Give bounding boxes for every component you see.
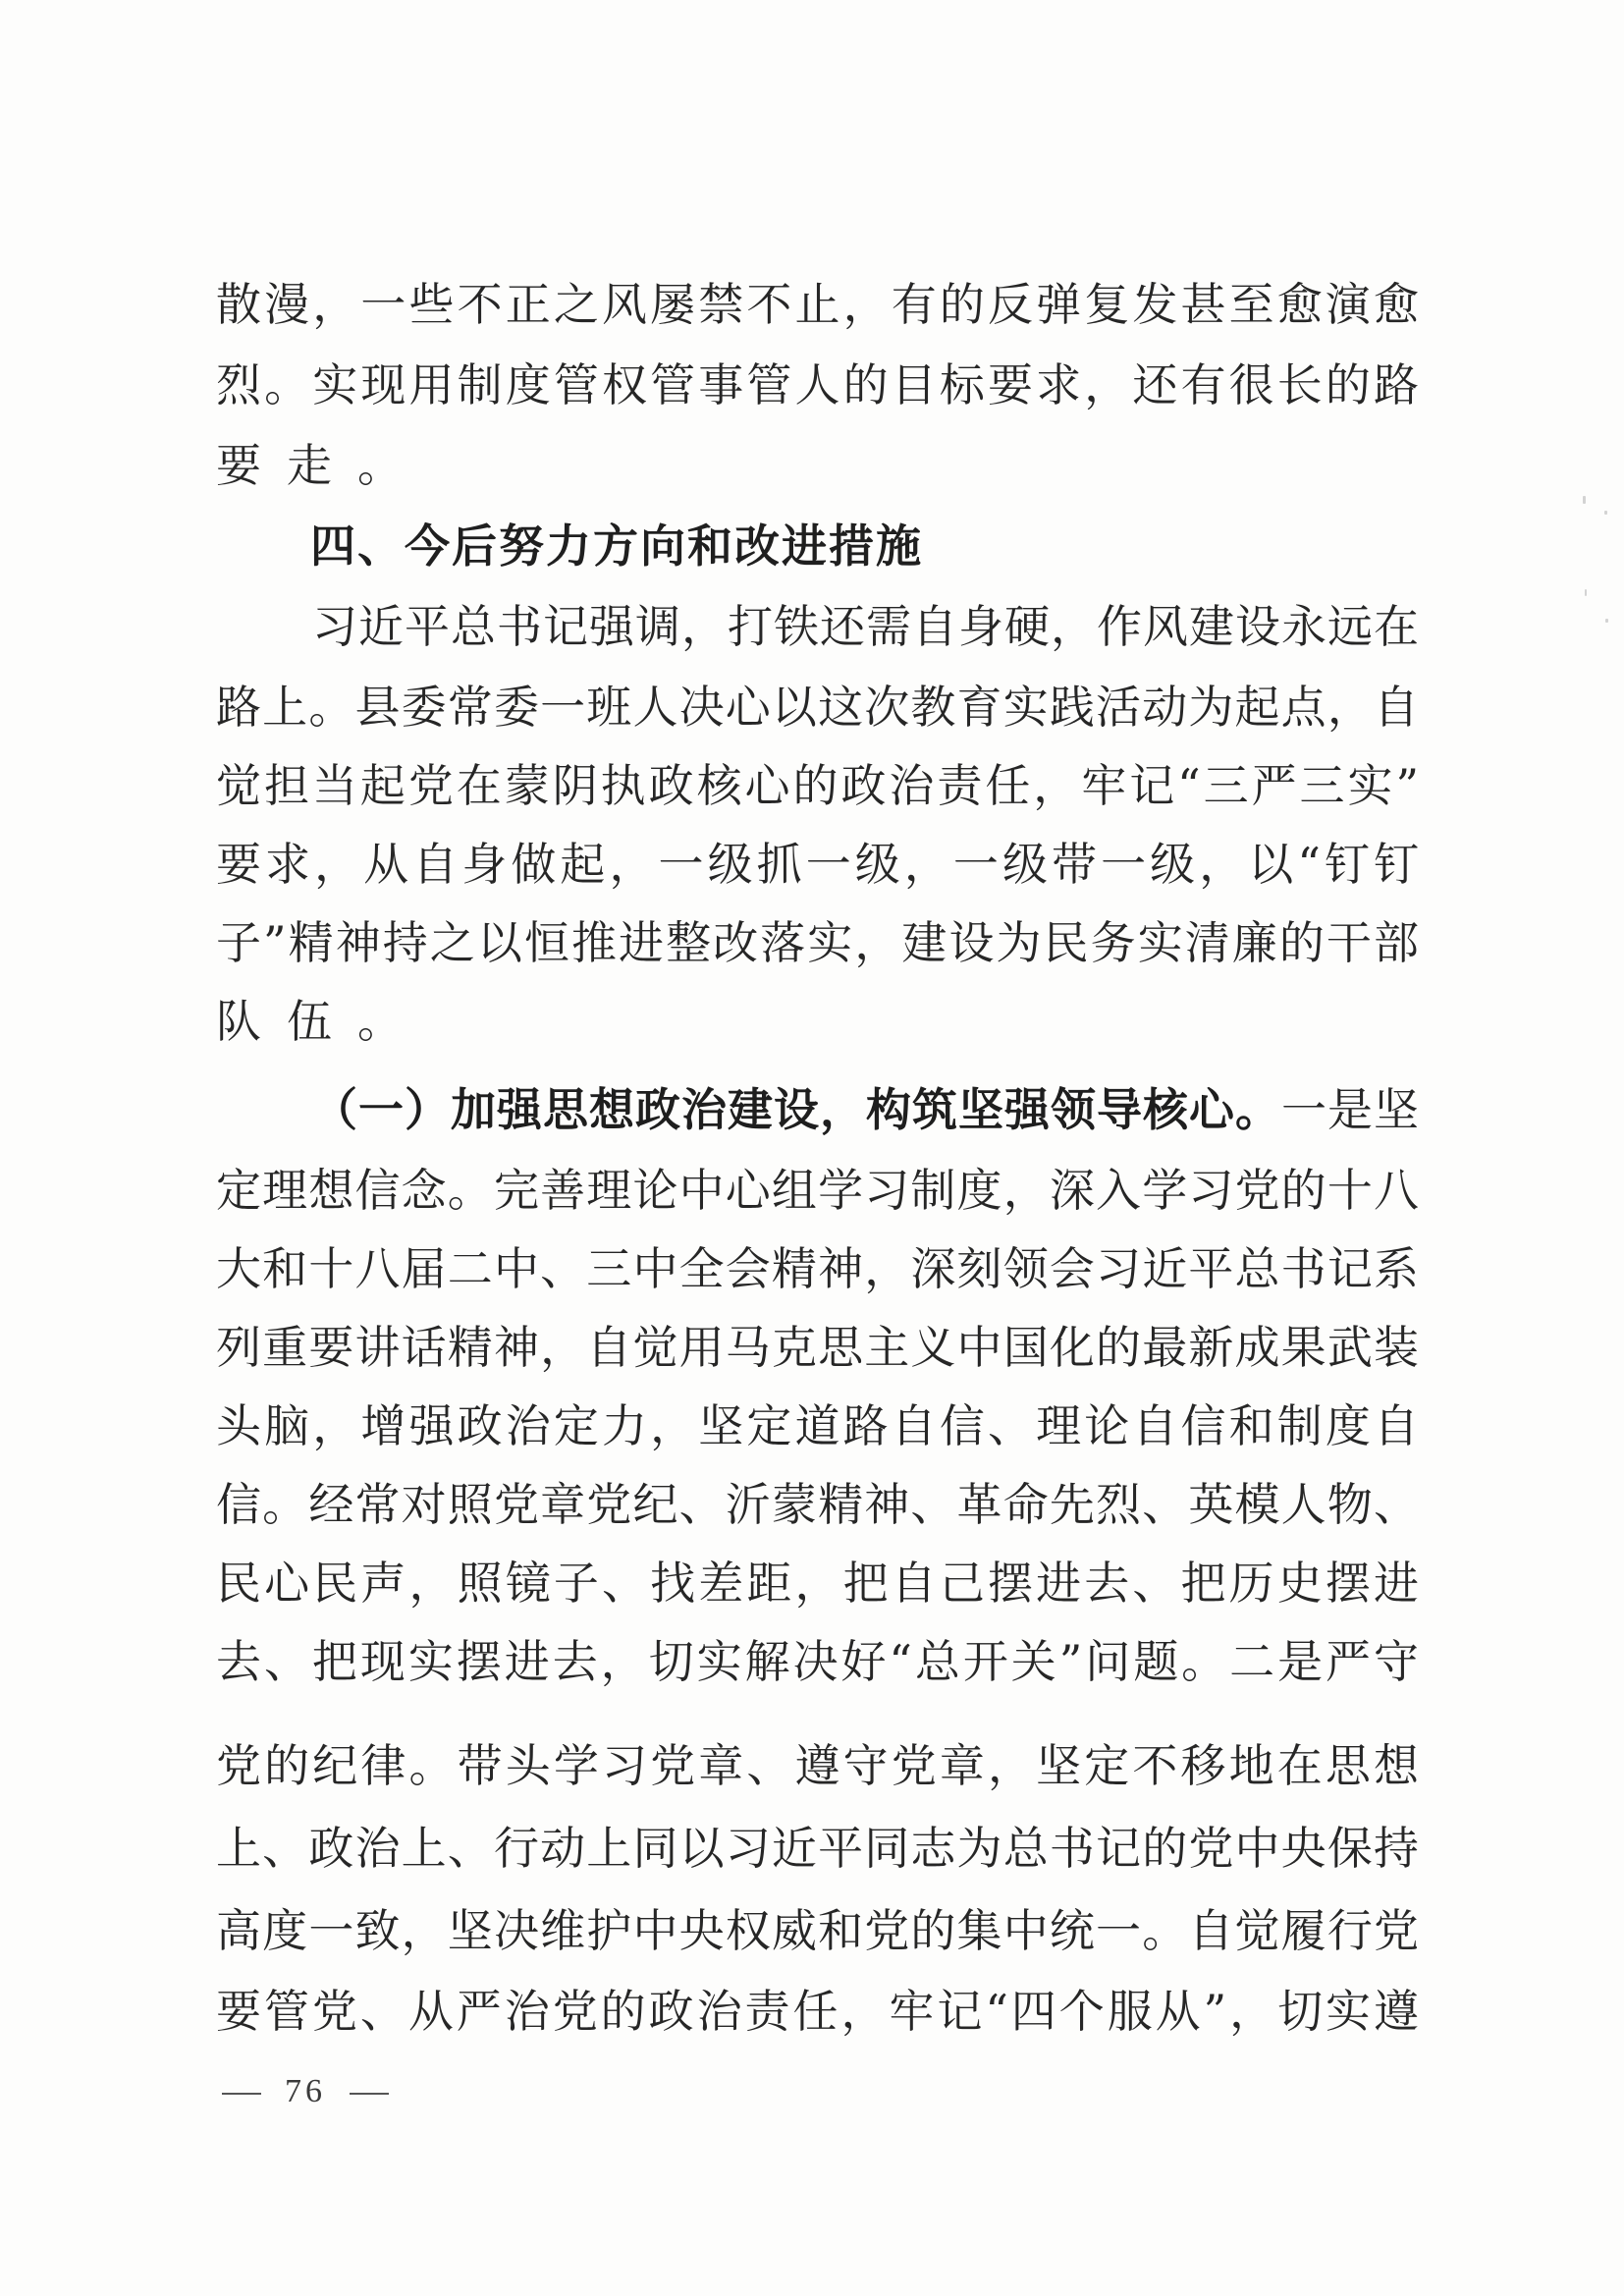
body-line: 觉担当起党在蒙阴执政核心的政治责任，牢记“三严三实” xyxy=(216,756,1419,815)
body-line: 散漫，一些不正之风屡禁不止，有的反弹复发甚至愈演愈 xyxy=(216,275,1419,334)
body-line: 定理想信念。完善理论中心组学习制度，深入学习党的十八 xyxy=(216,1161,1419,1220)
page-number: 76 xyxy=(222,2070,389,2113)
dash-right xyxy=(350,2093,389,2095)
body-line: 习近平总书记强调，打铁还需自身硬，作风建设永远在 xyxy=(312,597,1419,656)
body-line: 大和十八届二中、三中全会精神，深刻领会习近平总书记系 xyxy=(216,1239,1419,1298)
body-line: 去、把现实摆进去，切实解决好“总开关”问题。二是严守 xyxy=(216,1632,1419,1691)
scan-artifact xyxy=(1583,496,1586,504)
body-line: 党的纪律。带头学习党章、遵守党章，坚定不移地在思想 xyxy=(216,1736,1419,1795)
page-number-value: 76 xyxy=(285,2070,326,2113)
scan-artifact xyxy=(1605,619,1608,623)
scan-artifact xyxy=(1585,589,1587,596)
body-line: 列重要讲话精神，自觉用马克思主义中国化的最新成果武装 xyxy=(216,1318,1419,1377)
body-line: 路上。县委常委一班人决心以这次教育实践活动为起点，自 xyxy=(216,678,1419,737)
body-line: 上、政治上、行动上同以习近平同志为总书记的党中央保持 xyxy=(216,1819,1419,1878)
body-line: 队伍。 xyxy=(216,992,1419,1051)
body-line: 民心民声，照镜子、找差距，把自己摆进去、把历史摆进 xyxy=(216,1554,1419,1613)
body-line: 要求，从自身做起，一级抓一级，一级带一级，以“钉钉 xyxy=(216,835,1419,894)
dash-left xyxy=(222,2093,261,2095)
body-line: 高度一致，坚决维护中央权威和党的集中统一。自觉履行党 xyxy=(216,1901,1419,1960)
subsection-first-line: （一）加强思想政治建设，构筑坚强领导核心。一是坚 xyxy=(312,1080,1419,1139)
body-line: 要走。 xyxy=(216,436,1419,495)
section-heading: 四、今后努力方向和改进措施 xyxy=(310,517,923,575)
subsection-text: 一是坚 xyxy=(1281,1083,1419,1136)
scan-artifact xyxy=(1604,511,1607,515)
body-line: 头脑，增强政治定力，坚定道路自信、理论自信和制度自 xyxy=(216,1396,1419,1455)
body-line: 要管党、从严治党的政治责任，牢记“四个服从”，切实遵 xyxy=(216,1982,1419,2041)
document-page: 散漫，一些不正之风屡禁不止，有的反弹复发甚至愈演愈 烈。实现用制度管权管事管人的… xyxy=(0,0,1624,2296)
subsection-heading: （一）加强思想政治建设，构筑坚强领导核心。 xyxy=(312,1083,1281,1136)
body-line: 信。经常对照党章党纪、沂蒙精神、革命先烈、英模人物、 xyxy=(216,1475,1419,1534)
body-line: 烈。实现用制度管权管事管人的目标要求，还有很长的路 xyxy=(216,355,1419,414)
body-line: 子”精神持之以恒推进整改落实，建设为民务实清廉的干部 xyxy=(216,913,1419,972)
